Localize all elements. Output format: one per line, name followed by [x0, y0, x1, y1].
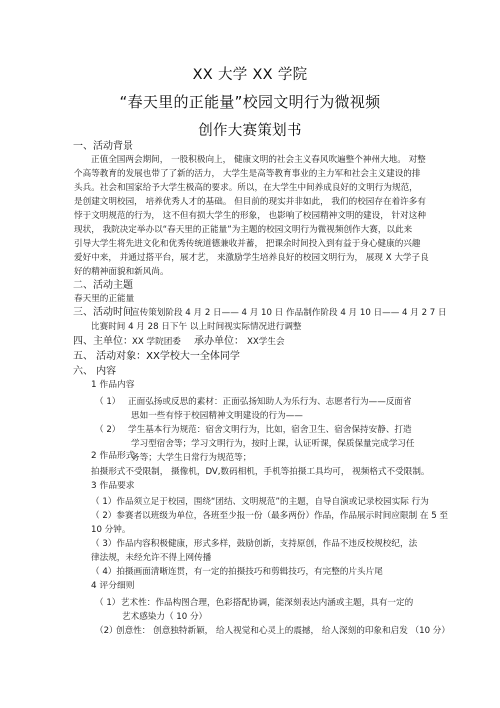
- section-4-heading: 四、主单位：: [73, 336, 133, 347]
- document-page: XX 大学 XX 学院 “春天里的正能量”校园文明行为微视频 创作大赛策划书 一…: [0, 0, 500, 708]
- item-4-sub-1-line: 艺术感染力（ 10 分）: [122, 612, 207, 623]
- item-1-sub-2-number: （ 2）: [95, 425, 120, 436]
- host-unit: XX 学院团委: [132, 337, 181, 348]
- section-3-line1: 宣传策划阶段 4 月 2 日—— 4 月 10 日 作品制作阶段 4 月 10 …: [131, 308, 447, 319]
- item-1-sub-2-line: 学生基本行为规范：宿舍文明行为，比如，宿舍卫生、宿舍保持安静、打造: [128, 425, 412, 436]
- section-3-line2: 比赛时间 4 月 28 日下午 以上时间视实际情况进行调整: [91, 322, 302, 333]
- section-2-body: 春天里的正能量: [74, 294, 134, 305]
- co-host-label: 承办单位：: [194, 336, 244, 347]
- item-3-line: （ 4）拍摄画面清晰连贯，有一定的拍摄技巧和剪辑技巧，有完整的片头片尾: [91, 567, 383, 578]
- doc-title-school: XX 大学 XX 学院: [0, 63, 500, 84]
- item-3-line: （ 2）参赛者以班级为单位，各班至少报一份（最多两份）作品，作品展示时间应限制 …: [91, 511, 448, 522]
- paragraph-line: 好的精神面貌和新风尚。: [74, 267, 169, 278]
- item-4-sub-1-line: 艺术性：作品构图合理，色彩搭配协调，能深刻表达内涵或主题，具有一定的: [121, 598, 413, 609]
- item-1-sub-2-line: 务等；大学生日常行为规范等；: [131, 453, 251, 464]
- paragraph-line: 引导大学生将先进文化和优秀传统道德兼收并蓄， 把课余时间投入到有益于身心健康的兴…: [74, 239, 420, 250]
- section-2-heading: 二、活动主题: [73, 280, 133, 291]
- co-host-unit: XX学生会: [247, 337, 285, 348]
- item-2-title: 2 作品形式: [91, 451, 135, 462]
- doc-title-sub: 创作大赛策划书: [0, 119, 500, 140]
- item-1-sub-1-line: 思如一些有悖于校园精神文明建设的行为——: [131, 411, 303, 422]
- section-5-heading: 五、 活动对象：XX学校大一全体同学: [73, 351, 240, 362]
- item-3-line: 律法规，未经允许不得上网传播: [91, 553, 211, 564]
- paragraph-line: 悖于文明规范的行为， 这不但有损大学生的形象， 也影响了校园精神文明的建设， 针…: [74, 211, 426, 222]
- item-3-line: 10 分钟。: [91, 525, 130, 536]
- item-2-body: 拍摄形式不受限制， 摄像机，DV,数码相机，手机等拍摄工具均可， 视频格式不受限…: [91, 467, 430, 478]
- item-3-line: （ 3）作品内容积极健康，形式多样，鼓励创新，支持原创，作品不违反校规校纪，法: [91, 539, 417, 550]
- section-3-heading: 三、活动时间: [73, 307, 133, 318]
- paragraph-line: 头兵。社会和国家给予大学生极高的要求。所以，在大学生中间养成良好的文明行为规范，: [74, 183, 418, 194]
- item-4-title: 4 评分细则: [91, 581, 135, 592]
- paragraph-line: 是创建文明校园， 培养优秀人才的基础。 但目前的现实并非如此， 我们的校园存在着…: [74, 197, 426, 208]
- doc-title-main: “春天里的正能量”校园文明行为微视频: [0, 91, 500, 112]
- paragraph-line: 现状， 我院决定举办以“春天里的正能量”为主题的校园文明行为微视频创作大赛，以此…: [74, 225, 412, 236]
- item-1-sub-1-number: （ 1）: [95, 397, 120, 408]
- item-3-line: （ 1）作品须立足于校园，围绕“团结、文明规范”的主题，自导自演或记录校园实际 …: [91, 497, 429, 508]
- item-1-title: 1 作品内容: [91, 380, 135, 391]
- item-1-sub-1-line: 正面弘扬或反思的素材：正面弘扬知助人为乐行为、志愿者行为——反面省: [128, 397, 412, 408]
- item-4-sub-2-number: （2）: [95, 626, 118, 637]
- item-4-sub-2-line: 创意性： 创意独特新颖， 给人视觉和心灵上的震撼， 给人深刻的印象和启发 （10…: [116, 626, 450, 637]
- paragraph-line: 正值全国两会期间， 一股积极向上， 健康文明的社会主义春风吹遍整个神州大地。 对…: [91, 155, 426, 166]
- item-3-title: 3 作品要求: [91, 481, 135, 492]
- item-4-sub-1-number: （ 1）: [95, 598, 120, 609]
- item-1-sub-2-line: 学习型宿舍等；学习文明行为，按时上课，认证听课，保质保量完成学习任: [131, 439, 415, 450]
- paragraph-line: 爱好中来， 并通过搭平台，展才艺， 来激励学生培养良好的校园文明行为， 展现 X…: [74, 253, 429, 264]
- section-1-heading: 一、活动背景: [73, 141, 133, 152]
- section-6-heading: 六、 内容: [73, 366, 116, 377]
- paragraph-line: 个高等教育的发展也带了了新的活力， 大学生是高等教育事业的主力军和社会主义建设的…: [74, 169, 420, 180]
